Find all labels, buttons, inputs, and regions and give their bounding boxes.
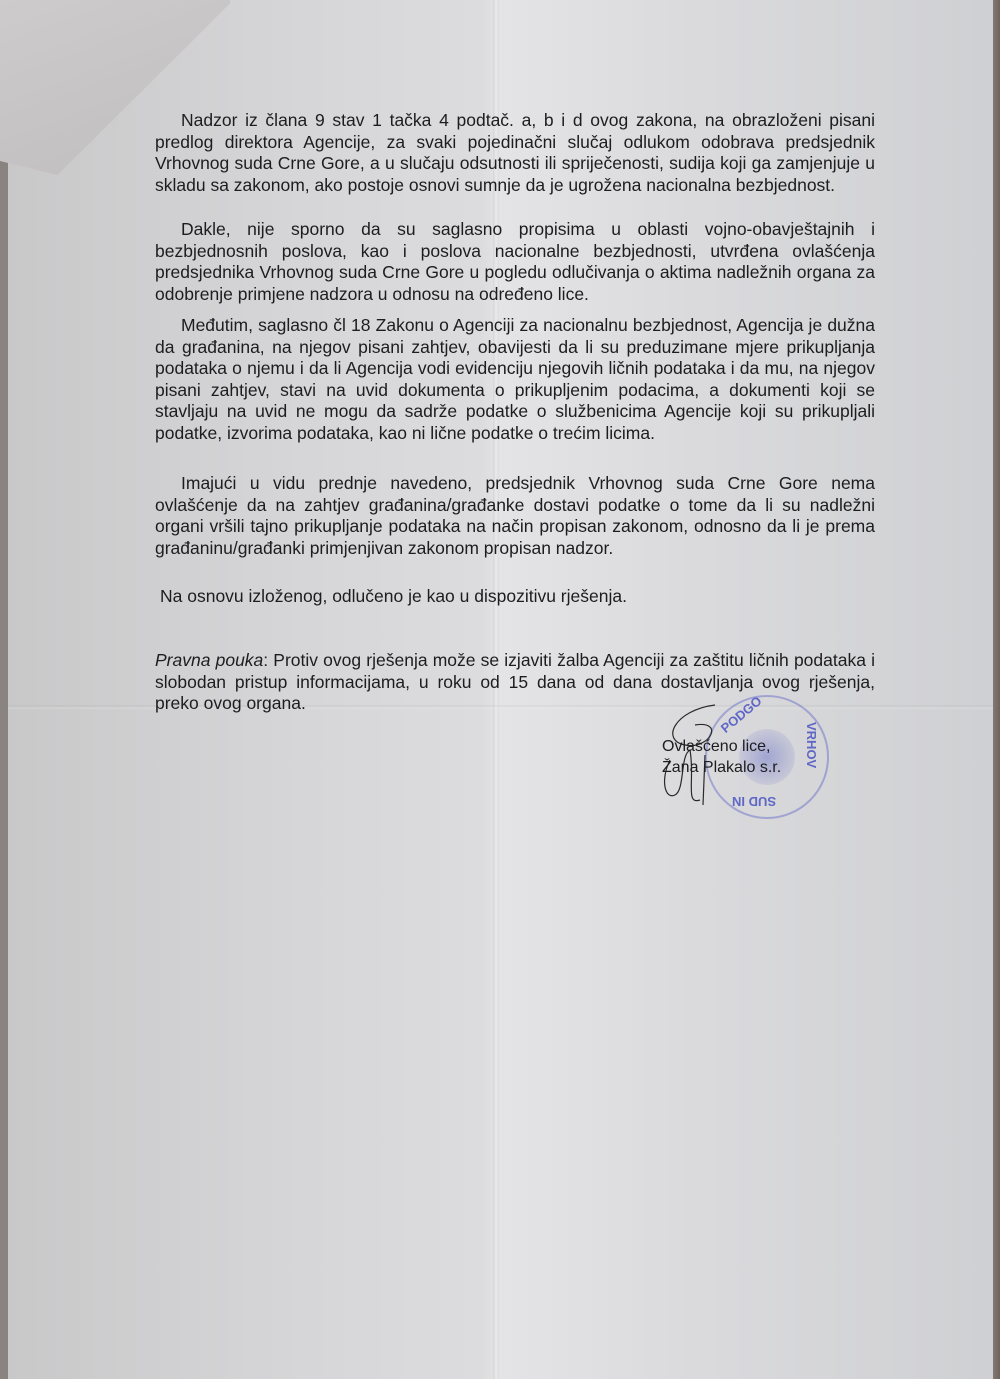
paragraph-dakle: Dakle, nije sporno da su saglasno propis… <box>155 219 875 305</box>
signature-block: Ovlašćeno lice, Žana Plakalo s.r. <box>662 736 781 778</box>
paragraph-text: Međutim, saglasno čl 18 Zakonu o Agencij… <box>155 315 875 444</box>
paragraph-text: Nadzor iz člana 9 stav 1 tačka 4 podtač.… <box>155 110 875 196</box>
paragraph-conclusion: Na osnovu izloženog, odlučeno je kao u d… <box>160 586 880 608</box>
paragraph-text: Dakle, nije sporno da su saglasno propis… <box>155 219 875 305</box>
paragraph-text: Na osnovu izloženog, odlučeno je kao u d… <box>160 586 880 608</box>
signatory-title: Ovlašćeno lice, <box>662 736 781 757</box>
stamp-text-right: VRHOV <box>804 722 819 768</box>
paragraph-medjutim: Međutim, saglasno čl 18 Zakonu o Agencij… <box>155 315 875 444</box>
paragraph-text: Imajući u vidu prednje navedeno, predsje… <box>155 473 875 559</box>
legal-notice-label: Pravna pouka <box>155 650 263 670</box>
paragraph-supervision: Nadzor iz člana 9 stav 1 tačka 4 podtač.… <box>155 110 875 196</box>
paragraph-imajuci: Imajući u vidu prednje navedeno, predsje… <box>155 473 875 559</box>
signatory-name: Žana Plakalo s.r. <box>662 757 781 778</box>
